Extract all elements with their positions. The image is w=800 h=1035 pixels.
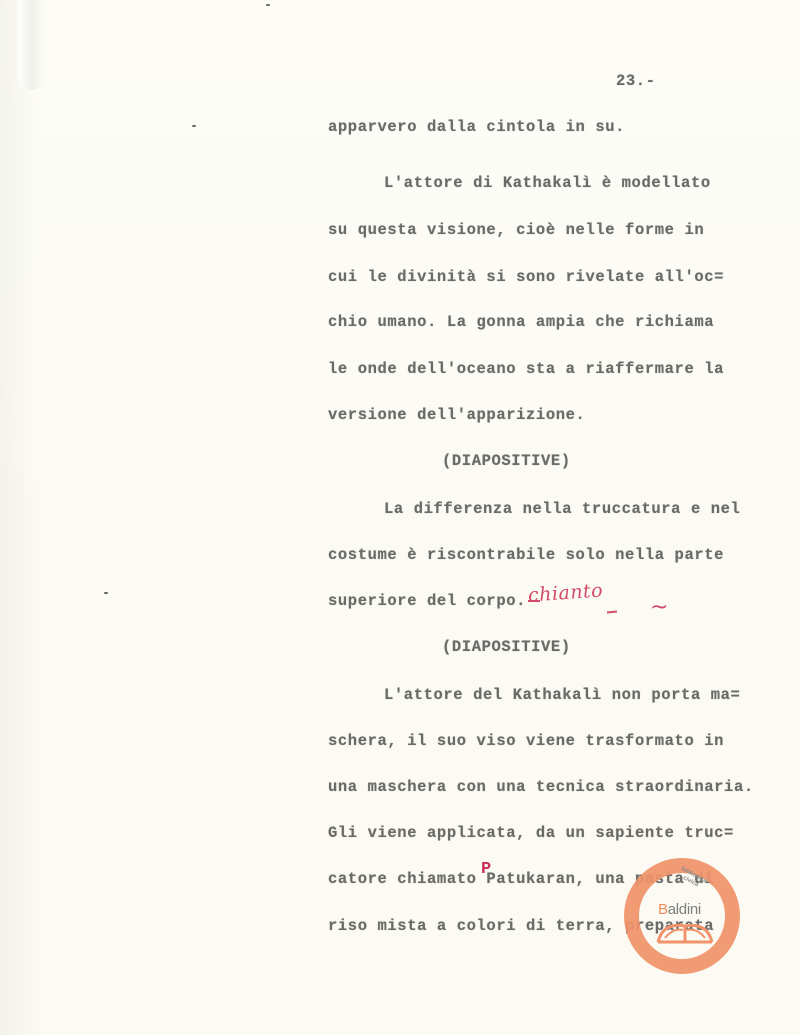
paper-speck xyxy=(266,4,270,6)
text-line: apparvero dalla cintola in su. xyxy=(328,118,625,136)
text-line: versione dell'apparizione. xyxy=(328,406,585,424)
text-line: su questa visione, cioè nelle forme in xyxy=(328,221,704,239)
paper-speck xyxy=(104,592,108,594)
slide-cue: (DIAPOSITIVE) xyxy=(442,452,571,470)
text-line: La differenza nella truccatura e nel xyxy=(384,500,740,518)
page-number: 23.- xyxy=(616,72,656,90)
handwritten-tilde: ~ xyxy=(650,595,668,620)
handwritten-correction: P xyxy=(481,860,491,879)
text-line: costume è riscontrabile solo nella parte xyxy=(328,546,724,564)
text-line: Gli viene applicata, da un sapiente truc… xyxy=(328,824,734,842)
paper-speck xyxy=(192,125,196,127)
paper-fold-crease xyxy=(18,0,46,90)
text-line: una maschera con una tecnica straordinar… xyxy=(328,778,754,796)
text-line: chio umano. La gonna ampia che richiama xyxy=(328,313,714,331)
slide-cue: (DIAPOSITIVE) xyxy=(442,638,571,656)
stamp-initial: B xyxy=(658,901,668,918)
text-line: L'attore di Kathakalì è modellato xyxy=(384,174,711,192)
text-line: le onde dell'oceano sta a riaffermare la xyxy=(328,360,724,378)
text-line: schera, il suo viso viene trasformato in xyxy=(328,732,724,750)
library-stamp-name: Baldini xyxy=(658,901,701,918)
book-logo-icon xyxy=(655,918,715,944)
text-line: cui le divinità si sono rivelate all'oc= xyxy=(328,268,724,286)
text-line: L'attore del Kathakalì non porta ma= xyxy=(384,686,740,704)
text-line: superiore del corpo. xyxy=(328,592,526,610)
stamp-name-rest: aldini xyxy=(668,901,701,918)
